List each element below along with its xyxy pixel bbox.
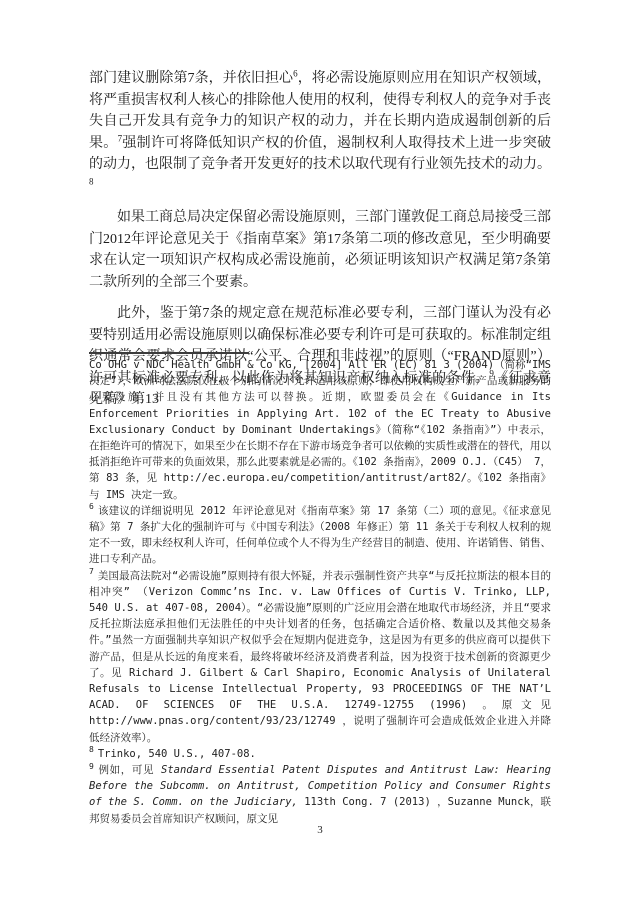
footnote-6: 6该建议的详细说明见 2012 年评论意见对《指南草案》第 17 条第（二）项的… bbox=[89, 503, 551, 568]
footnote-text: Trinko, 540 U.S., 407-08. bbox=[98, 748, 256, 760]
footnote-text: 例如，可见 bbox=[98, 764, 161, 776]
footnote-text: Co OHG v NDC Health GmbH & Co KG, [2004]… bbox=[89, 359, 551, 501]
footnote-8: 8Trinko, 540 U.S., 407-08. bbox=[89, 746, 551, 762]
footnote-ref-8: 8 bbox=[89, 176, 94, 186]
footnote-9: 9例如，可见 Standard Essential Patent Dispute… bbox=[89, 762, 551, 827]
footnote-marker-7: 7 bbox=[89, 567, 94, 576]
footnote-marker-6: 6 bbox=[89, 502, 94, 511]
paragraph-text: 强制许可将降低知识产权的价值，遏制权利人取得技术上进一步突破的动力，也限制了竞争… bbox=[89, 136, 551, 173]
footnote-marker-9: 9 bbox=[89, 762, 94, 771]
paragraph-text: 如果工商总局决定保留必需设施原则，三部门谨敦促工商总局接受三部门2012年评论意… bbox=[89, 210, 551, 290]
footnote-marker-8: 8 bbox=[89, 745, 94, 754]
footnotes-section: Co OHG v NDC Health GmbH & Co KG, [2004]… bbox=[89, 357, 551, 827]
footnote-text: 美国最高法院对“必需设施”原则持有很大怀疑，并表示强制性资产共享“与反托拉斯法的… bbox=[89, 570, 551, 744]
footnote-separator bbox=[89, 352, 249, 354]
paragraph-text: 部门建议删除第7条，并依旧担心 bbox=[89, 71, 293, 86]
footnote-text: 该建议的详细说明见 2012 年评论意见对《指南草案》第 17 条第（二）项的意… bbox=[89, 505, 551, 566]
document-page: 部门建议删除第7条，并依旧担心6，将必需设施原则应用在知识产权领域，将严重损害权… bbox=[0, 0, 640, 905]
page-number: 3 bbox=[0, 824, 640, 836]
footnote-5-continuation: Co OHG v NDC Health GmbH & Co KG, [2004]… bbox=[89, 357, 551, 503]
footnote-7: 7美国最高法院对“必需设施”原则持有很大怀疑，并表示强制性资产共享“与反托拉斯法… bbox=[89, 568, 551, 746]
body-paragraph-2: 如果工商总局决定保留必需设施原则，三部门谨敦促工商总局接受三部门2012年评论意… bbox=[89, 207, 551, 293]
body-paragraph-continuation: 部门建议删除第7条，并依旧担心6，将必需设施原则应用在知识产权领域，将严重损害权… bbox=[89, 68, 551, 197]
